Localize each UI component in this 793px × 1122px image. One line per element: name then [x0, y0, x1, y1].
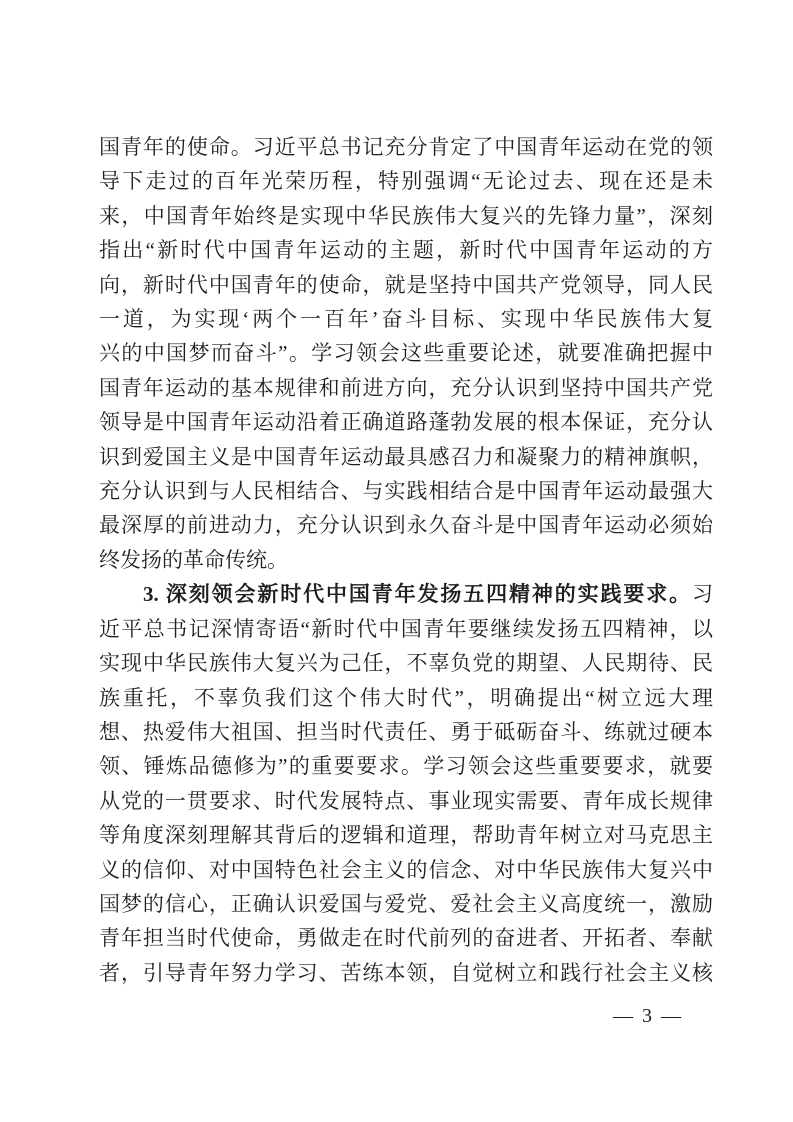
- text-line: 实现中华民族伟大复兴为己任，不辜负党的期望、人民期待、民: [99, 646, 713, 680]
- text-line: 充分认识到与人民相结合、与实践相结合是中国青年运动最强大: [99, 474, 713, 508]
- text-line: 领导是中国青年运动沿着正确道路蓬勃发展的根本保证，充分认: [99, 405, 713, 439]
- text-line: 国青年的使命。习近平总书记充分肯定了中国青年运动在党的领: [99, 130, 713, 164]
- text-line: 等角度深刻理解其背后的逻辑和道理，帮助青年树立对马克思主: [99, 818, 713, 852]
- text-line: 想、热爱伟大祖国、担当时代责任、勇于砥砺奋斗、练就过硬本: [99, 715, 713, 749]
- text-line: 族重托，不辜负我们这个伟大时代”，明确提出“树立远大理: [99, 681, 713, 715]
- text-line: 终发扬的革命传统。: [99, 543, 713, 577]
- text-line: 领、锤炼品德修为”的重要要求。学习领会这些重要要求，就要: [99, 749, 713, 783]
- text-line: 3. 深刻领会新时代中国青年发扬五四精神的实践要求。习: [99, 577, 713, 611]
- text-line: 兴的中国梦而奋斗”。学习领会这些重要论述，就要准确把握中: [99, 336, 713, 370]
- page-number: — 3 —: [613, 1002, 683, 1030]
- text-line: 者，引导青年努力学习、苦练本领，自觉树立和践行社会主义核: [99, 956, 713, 990]
- text-line: 青年担当时代使命，勇做走在时代前列的奋进者、开拓者、奉献: [99, 921, 713, 955]
- document-page: 国青年的使命。习近平总书记充分肯定了中国青年运动在党的领导下走过的百年光荣历程，…: [0, 0, 793, 1122]
- text-line: 最深厚的前进动力，充分认识到永久奋斗是中国青年运动必须始: [99, 508, 713, 542]
- text-line: 国梦的信心，正确认识爱国与爱党、爱社会主义高度统一，激励: [99, 887, 713, 921]
- text-line: 国青年运动的基本规律和前进方向，充分认识到坚持中国共产党: [99, 371, 713, 405]
- text-line: 向，新时代中国青年的使命，就是坚持中国共产党领导，同人民: [99, 268, 713, 302]
- text-line: 义的信仰、对中国特色社会主义的信念、对中华民族伟大复兴中: [99, 853, 713, 887]
- text-line: 指出“新时代中国青年运动的主题，新时代中国青年运动的方: [99, 233, 713, 267]
- text-line: 从党的一贯要求、时代发展特点、事业现实需要、青年成长规律: [99, 784, 713, 818]
- text-line: 一道，为实现‘两个一百年’奋斗目标、实现中华民族伟大复: [99, 302, 713, 336]
- body-text: 国青年的使命。习近平总书记充分肯定了中国青年运动在党的领导下走过的百年光荣历程，…: [99, 130, 713, 990]
- numbered-heading: 3. 深刻领会新时代中国青年发扬五四精神的实践要求。: [143, 582, 692, 606]
- text-line: 导下走过的百年光荣历程，特别强调“无论过去、现在还是未: [99, 164, 713, 198]
- text-line: 来，中国青年始终是实现中华民族伟大复兴的先锋力量”，深刻: [99, 199, 713, 233]
- text-line: 识到爱国主义是中国青年运动最具感召力和凝聚力的精神旗帜，: [99, 440, 713, 474]
- text-line: 近平总书记深情寄语“新时代中国青年要继续发扬五四精神，以: [99, 612, 713, 646]
